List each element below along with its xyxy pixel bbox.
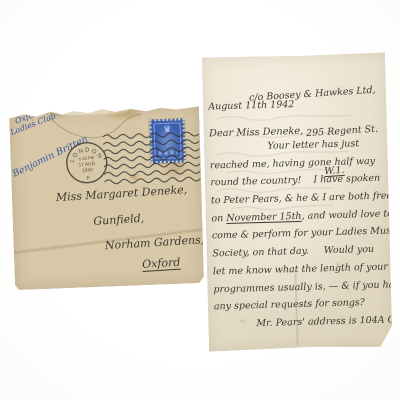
letter-postscript-line: Mr. Pears' address is 104A Castlenau, (256, 311, 388, 332)
envelope: Oxford Ladies Club Benjamin Britten LOND… (9, 105, 205, 291)
letter-line-part: , and would love to (301, 208, 393, 222)
address-city: Oxford (142, 256, 181, 271)
photo-background: Oxford Ladies Club Benjamin Britten LOND… (0, 0, 400, 400)
letter-line-part-underlined: November 15th (226, 211, 302, 224)
address-recipient: Miss Margaret Deneke, (56, 183, 188, 204)
letter-page: c/o Boosey & Hawkes Ltd, 295 Regent St. … (201, 52, 393, 351)
address-street: Norham Gardens, (105, 233, 205, 252)
letter-line-part: on (211, 213, 226, 224)
envelope-address: Miss Margaret Deneke, Gunfield, Norham G… (7, 102, 208, 292)
letter-body: Your letter has just reached me, having … (209, 135, 388, 334)
address-house: Gunfield, (93, 212, 145, 228)
